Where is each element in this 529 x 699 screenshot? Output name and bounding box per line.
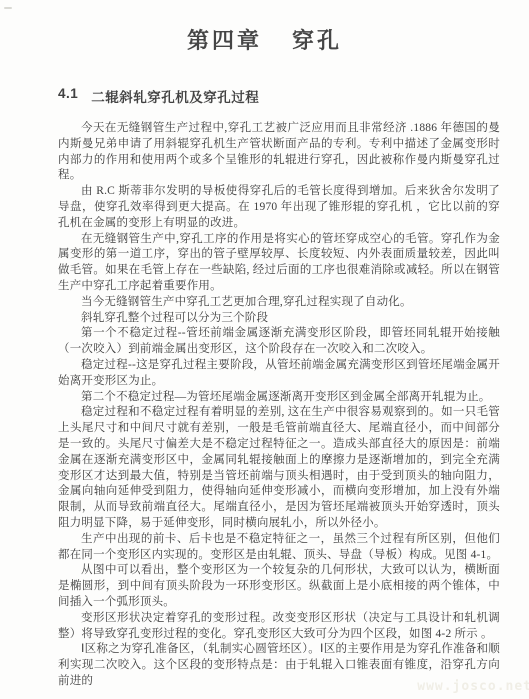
- paragraph: 从图中可以看出，整个变形区为一个较复杂的几何形状，大致可以认为，横断面是椭圆形，…: [58, 563, 500, 610]
- body-content: 今天在无缝钢管生产过程中,穿孔工艺被广泛应用而且非常经济 .1886 年德国的曼…: [58, 121, 500, 690]
- paragraph: 斜轧穿孔整个过程可以分为三个阶段: [58, 311, 500, 327]
- paragraph: 生产中出现的前卡、后卡也是不稳定特征之一，虽然三个过程有所区别，但他们都在同一个…: [58, 532, 500, 564]
- paragraph: 稳定过程和不稳定过程有着明显的差别, 这在生产中很容易观察到的。如一只毛管上头尾…: [58, 405, 500, 531]
- paragraph: 第一个不稳定过程--管坯前端金属逐渐充满变形区阶段，即管坯同轧辊开始接触（一次咬…: [58, 326, 500, 358]
- paragraph: 第二个不稳定过程—为管坯尾端金属逐渐离开变形区到金属全部离开轧辊为止。: [58, 390, 500, 406]
- paragraph: 稳定过程--这是穿孔过程主要阶段，从管坯前端金属充满变形区到管坯尾端金属开始离开…: [58, 358, 500, 390]
- chapter-heading: 第四章 穿孔: [0, 24, 529, 55]
- chapter-number: 第四章: [187, 24, 262, 55]
- paragraph: 在无缝钢管生产中,穿孔工序的作用是将实心的管坯穿成空心的毛管。穿孔作为金属变形的…: [58, 232, 500, 295]
- section-heading: 4.1 二辊斜轧穿孔机及穿孔过程: [58, 86, 259, 106]
- section-title: 二辊斜轧穿孔机及穿孔过程: [91, 86, 259, 106]
- document-page: 第四章 穿孔 4.1 二辊斜轧穿孔机及穿孔过程 今天在无缝钢管生产过程中,穿孔工…: [0, 0, 529, 699]
- watermark: www.josco.net: [417, 679, 529, 694]
- section-number: 4.1: [58, 86, 78, 106]
- paragraph: 变形区形状决定着穿孔的变形过程。改变变形区形状（决定与工具设计和轧机调整）将导致…: [58, 611, 500, 643]
- paragraph: 由 R.C 斯蒂菲尔发明的导板使得穿孔后的毛管长度得到增加。后来狄舍尔发明了导盘…: [58, 184, 500, 231]
- scan-artifact: [4, 7, 12, 9]
- paragraph: 当今无缝钢管生产中穿孔工艺更加合理,穿孔过程实现了自动化。: [58, 295, 500, 311]
- paragraph: 今天在无缝钢管生产过程中,穿孔工艺被广泛应用而且非常经济 .1886 年德国的曼…: [58, 121, 500, 184]
- chapter-title: 穿孔: [292, 24, 342, 55]
